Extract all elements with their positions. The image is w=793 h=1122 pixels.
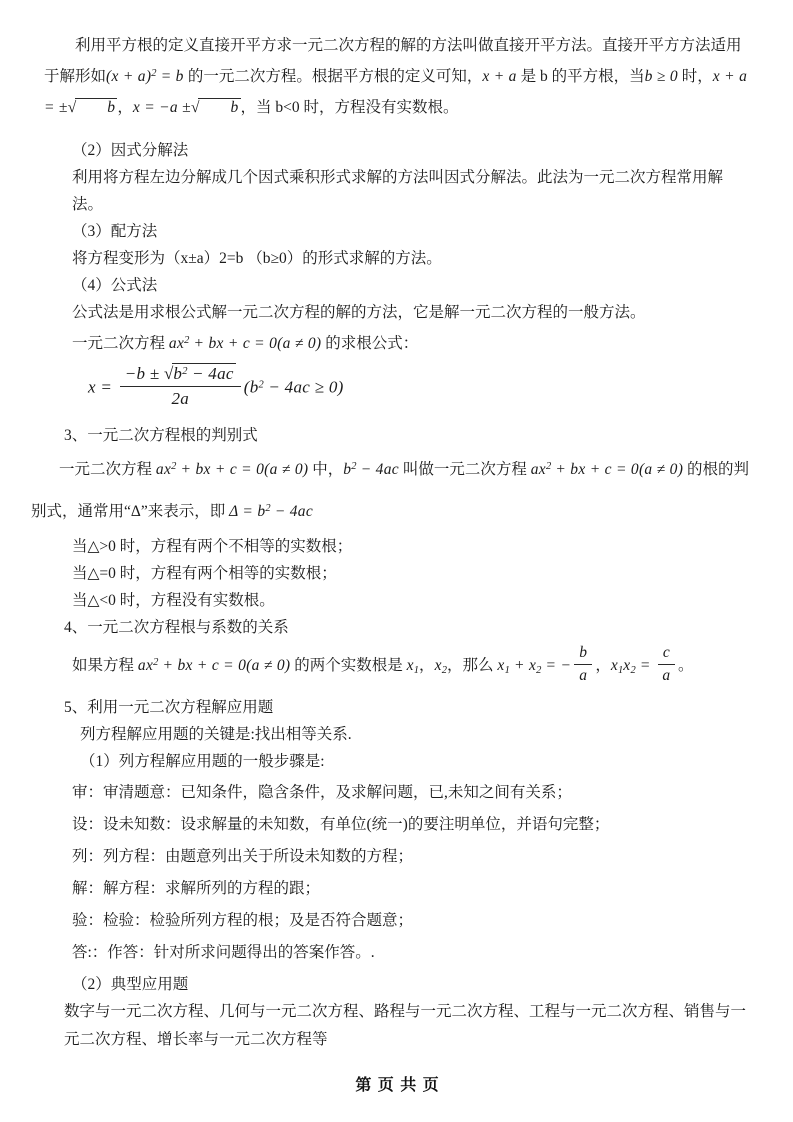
math-run: + x [510,657,536,674]
math-run: −b ± [125,364,164,383]
radicand: b [75,98,117,117]
fraction-numerator: −b ± √b2 − 4ac [120,363,241,387]
math-run: x = −a ± [133,99,191,116]
math-run: ax [169,335,184,352]
text-run: 的一元二次方程。根据平方根的定义可知， [188,68,483,85]
text-run: 时， [678,68,713,85]
text-run: （2）因式分解法 [72,142,188,159]
math-run: ax [531,461,546,478]
body-typical-applications: 数字与一元二次方程、几何与一元二次方程、路程与一元二次方程、工程与一元二次方程、… [44,998,751,1054]
step-examine: 审：审清题意：已知条件，隐含条件，及求解问题，已,未知之间有关系； [44,779,751,806]
fraction-numerator: b [574,643,592,665]
step-answer: 答:：作答：针对所求问题得出的答案作答。. [44,939,751,966]
math-run: x [407,657,414,674]
text-run: 一元二次方程 [59,461,156,478]
delta-negative-case: 当△<0 时，方程没有实数根。 [44,587,751,614]
text-run: 列：列方程：由题意列出关于所设未知数的方程； [72,848,413,865]
text-run: 审：审清题意：已知条件，隐含条件，及求解问题，已,未知之间有关系； [72,784,572,801]
text-run: 的求根公式： [321,335,418,352]
fraction-denominator: a [658,665,675,686]
text-run: 解：解方程：求解所列的方程的跟； [72,880,320,897]
math-run: − 4ac [187,364,233,383]
applications-key-line: 列方程解应用题的关键是:找出相等关系. [44,721,751,748]
fraction: −b ± √b2 − 4ac2a [120,363,241,410]
math-run: b ≥ 0 [645,68,678,85]
math-run: b [173,364,182,383]
text-run: ，那么 [447,657,497,674]
fraction: ba [574,643,592,686]
heading-applications: 5、利用一元二次方程解应用题 [44,694,751,721]
text-run: 公式法是用求根公式解一元二次方程的解的方法，它是解一元二次方程的一般方法。 [72,304,646,321]
text-run: 答:：作答：针对所求问题得出的答案作答。. [72,944,375,961]
math-run: − 4ac [357,461,399,478]
heading-typical-applications: （2）典型应用题 [44,971,751,998]
text-run: 叫做一元二次方程 [399,461,531,478]
text-run: （4）公式法 [72,277,157,294]
math-run: + bx + c = 0(a ≠ 0) [551,461,683,478]
text-run: 验：检验：检验所列方程的根；及是否符合题意； [72,912,413,929]
radicand: b [198,98,240,117]
body-vieta-relation: 如果方程 ax2 + bx + c = 0(a ≠ 0) 的两个实数根是 x1，… [44,645,751,688]
delta-positive-case: 当△>0 时，方程有两个不相等的实数根； [44,533,751,560]
root-formula-intro: 一元二次方程 ax2 + bx + c = 0(a ≠ 0) 的求根公式： [44,330,751,357]
math-run: x [497,657,504,674]
math-run: ax [156,461,171,478]
heading-factoring-method: （2）因式分解法 [44,137,751,164]
fraction-denominator: 2a [120,387,241,410]
fraction-denominator: a [574,665,592,686]
math-run: x + a [482,68,516,85]
step-list-equation: 列：列方程：由题意列出关于所设未知数的方程； [44,843,751,870]
step-set-unknown: 设：设未知数：设求解量的未知数，有单位(统一)的要注明单位，并语句完整； [44,811,751,838]
text-run: 4、一元二次方程根与系数的关系 [64,619,289,636]
text-run: 当△=0 时，方程有两个相等的实数根； [72,565,337,582]
text-run: 列方程解应用题的关键是:找出相等关系. [80,726,352,743]
text-run: 将方程变形为（x±a）2=b （b≥0）的形式求解的方法。 [72,250,442,267]
sqrt-radical: √b2 − 4ac [164,364,236,383]
math-run: = − [541,657,571,674]
text-run: （3）配方法 [72,223,157,240]
math-run: x [611,657,618,674]
body-factoring-method: 利用将方程左边分解成几个因式乘积形式求解的方法叫因式分解法。此法为一元二次方程常… [44,164,751,218]
text-run: 。 [678,657,694,674]
body-formula-method: 公式法是用求根公式解一元二次方程的解的方法，它是解一元二次方程的一般方法。 [44,299,751,326]
fraction-numerator: c [658,643,675,665]
radicand: b2 − 4ac [172,363,235,384]
text-run: ，当 b<0 时，方程没有实数根。 [241,99,459,116]
document-page: 利用平方根的定义直接开平方求一元二次方程的解的方法叫做直接开平方法。直接开平方方… [0,0,793,1122]
text-run: （1）列方程解应用题的一般步骤是: [80,753,325,770]
math-run: ax [138,657,153,674]
heading-completing-square-method: （3）配方法 [44,218,751,245]
sqrt-radical: √b [68,99,118,116]
text-run: 当△<0 时，方程没有实数根。 [72,592,275,609]
math-run: 2a [171,389,189,408]
fraction: ca [658,643,675,686]
math-run: + bx + c = 0(a ≠ 0) [158,657,290,674]
math-run: − 4ac [271,503,313,520]
page-footer: 第 页 共 页 [44,1072,751,1095]
math-run: (x + a) [106,68,151,85]
math-run: x = [88,378,117,397]
text-run: 设：设未知数：设求解量的未知数，有单位(统一)的要注明单位，并语句完整； [72,816,609,833]
math-run: a [662,667,670,684]
text-run: 是 b 的平方根，当 [517,68,645,85]
body-discriminant: 一元二次方程 ax2 + bx + c = 0(a ≠ 0) 中，b2 − 4a… [31,449,751,533]
steps-intro: （1）列方程解应用题的一般步骤是: [44,748,751,775]
math-run: − 4ac ≥ 0) [264,378,344,397]
math-run: b [230,99,238,116]
text-run: 的两个实数根是 [290,657,406,674]
text-run: 中， [308,461,343,478]
math-run: + bx + c = 0(a ≠ 0) [176,461,308,478]
delta-zero-case: 当△=0 时，方程有两个相等的实数根； [44,560,751,587]
body-completing-square-method: 将方程变形为（x±a）2=b （b≥0）的形式求解的方法。 [44,245,751,272]
math-run: b [250,378,259,397]
heading-formula-method: （4）公式法 [44,272,751,299]
text-run: 如果方程 [72,657,138,674]
heading-roots-coefficients: 4、一元二次方程根与系数的关系 [44,614,751,641]
heading-discriminant: 3、一元二次方程根的判别式 [44,422,751,449]
math-run: = b [157,68,188,85]
math-run: b [107,99,115,116]
text-run: （2）典型应用题 [72,976,188,993]
document-body: 利用平方根的定义直接开平方求一元二次方程的解的方法叫做直接开平方法。直接开平方方… [44,30,751,1054]
text-run: 数字与一元二次方程、几何与一元二次方程、路程与一元二次方程、工程与一元二次方程、… [64,1003,746,1048]
math-run: a [579,667,587,684]
text-run: 3、一元二次方程根的判别式 [64,427,258,444]
math-run: x [435,657,442,674]
step-verify: 验：检验：检验所列方程的根；及是否符合题意； [44,907,751,934]
quadratic-root-formula: x = −b ± √b2 − 4ac2a(b2 − 4ac ≥ 0) [44,365,751,412]
math-run: = [636,657,655,674]
text-run: ， [595,657,611,674]
text-run: 5、利用一元二次方程解应用题 [64,699,273,716]
text-run: 利用将方程左边分解成几个因式乘积形式求解的方法叫因式分解法。此法为一元二次方程常… [72,169,723,213]
math-run: b [579,644,587,661]
sqrt-radical: √b [191,99,241,116]
intro-direct-square-root-method: 利用平方根的定义直接开平方求一元二次方程的解的方法叫做直接开平方法。直接开平方方… [44,30,751,123]
text-run: ， [419,657,435,674]
text-run: ， [117,99,133,116]
step-solve: 解：解方程：求解所列的方程的跟； [44,875,751,902]
text-run: 一元二次方程 [72,335,169,352]
text-run: 当△>0 时，方程有两个不相等的实数根； [72,538,352,555]
math-run: Δ = b [229,503,265,520]
math-run: c [663,644,670,661]
math-run: + bx + c = 0(a ≠ 0) [189,335,321,352]
